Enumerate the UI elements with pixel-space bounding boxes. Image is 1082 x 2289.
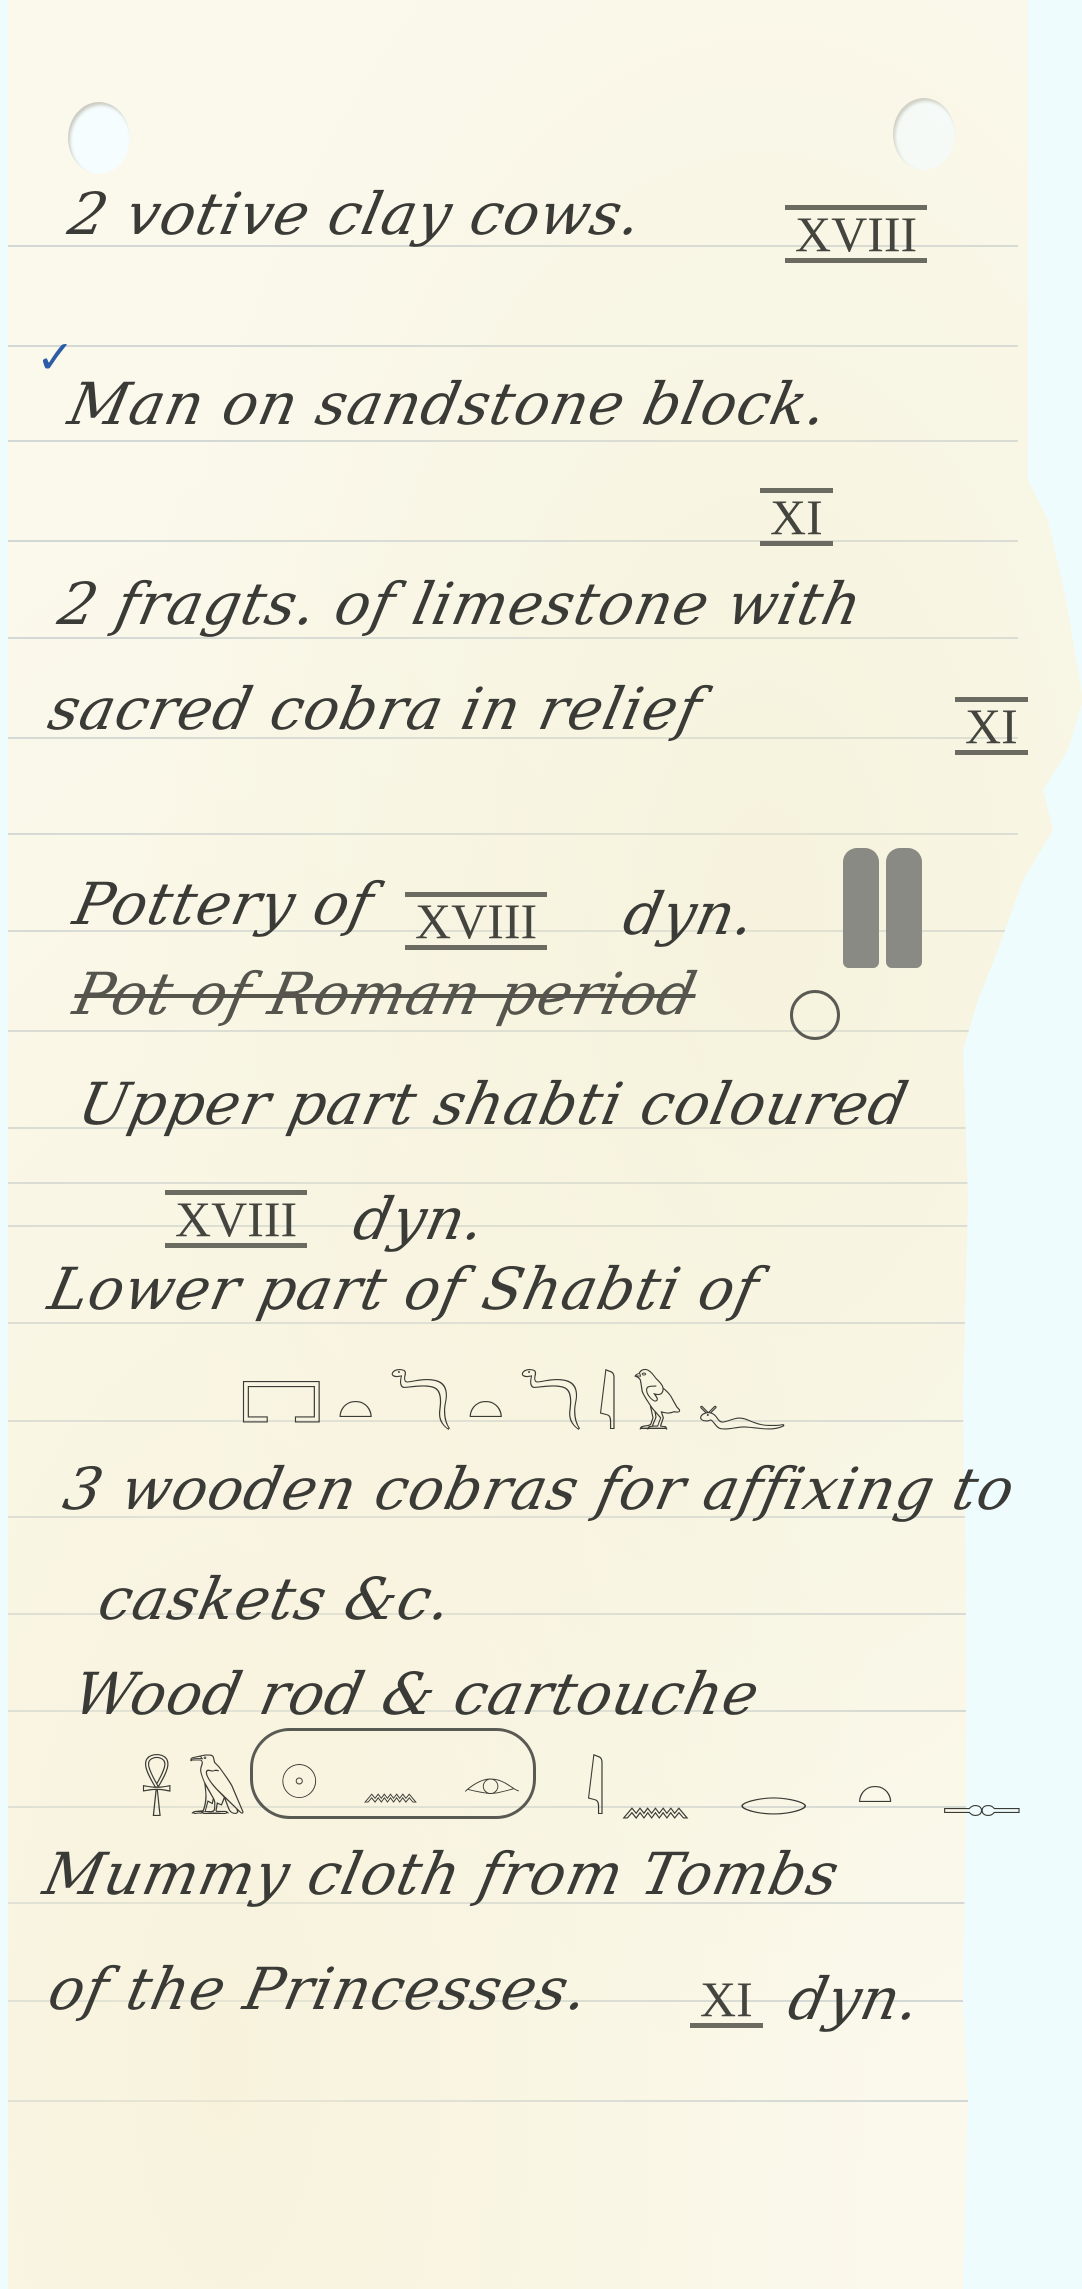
entry-suffix: dyn. (348, 1185, 492, 1253)
paper-sheet (8, 0, 1082, 2289)
entry-text: Wood rod & cartouche (68, 1660, 766, 1728)
ruled-line (8, 2100, 1018, 2102)
pottery-sketch-icon (843, 848, 879, 968)
entry-text: 2 votive clay cows. (63, 180, 649, 248)
dynasty-label: XI (955, 697, 1028, 755)
punch-hole-left (68, 102, 130, 174)
hieroglyph-suffix: 𓇋𓈖 𓂋 𓏏 𓊃 (585, 1735, 1037, 1834)
dynasty-label: XVIII (165, 1190, 307, 1248)
entry-text: 3 wooden cobras for affixing to (58, 1455, 1022, 1523)
entry-text-struck: Pot of Roman period (68, 960, 703, 1028)
entry-text: caskets &c. (93, 1565, 459, 1633)
entry-suffix: dyn. (783, 1965, 927, 2033)
ruled-line (8, 1225, 1018, 1227)
dynasty-label: XVIII (785, 205, 927, 263)
entry-text: Mummy cloth from Tombs (38, 1840, 846, 1908)
entry-text: Man on sandstone block. (63, 370, 835, 438)
punch-hole-right (893, 98, 955, 170)
ruled-line (8, 1182, 1018, 1184)
ruled-line (8, 833, 1018, 835)
ruled-line (8, 345, 1018, 347)
entry-text: 2 fragts. of limestone with (53, 570, 869, 638)
ruled-line (8, 540, 1018, 542)
hieroglyph-prefix: 𓋹𓄿 (140, 1735, 261, 1834)
entry-text: sacred cobra in relief (43, 675, 708, 743)
dynasty-label: XI (690, 1975, 763, 2028)
hieroglyph-cartouche: 𓇳 𓈖 𓁹 (280, 1735, 535, 1815)
hieroglyph-name: 𓉐𓏏𓆓𓏏𓆓𓇋𓅱𓆑 (240, 1350, 801, 1449)
entry-text: Upper part shabti coloured (73, 1070, 915, 1138)
dynasty-label: XVIII (405, 892, 547, 950)
entry-text: of the Princesses. (43, 1955, 595, 2023)
checkmark-icon: ✓ (36, 330, 75, 384)
pot-sketch-icon (790, 990, 840, 1040)
entry-suffix: dyn. (618, 880, 762, 948)
entry-text: Lower part of Shabti of (43, 1255, 766, 1323)
entry-text: Pottery of (68, 870, 380, 938)
pottery-sketch-icon (886, 848, 922, 968)
ruled-line (8, 1030, 1018, 1032)
ruled-line (8, 440, 1018, 442)
dynasty-label: XI (760, 488, 833, 546)
